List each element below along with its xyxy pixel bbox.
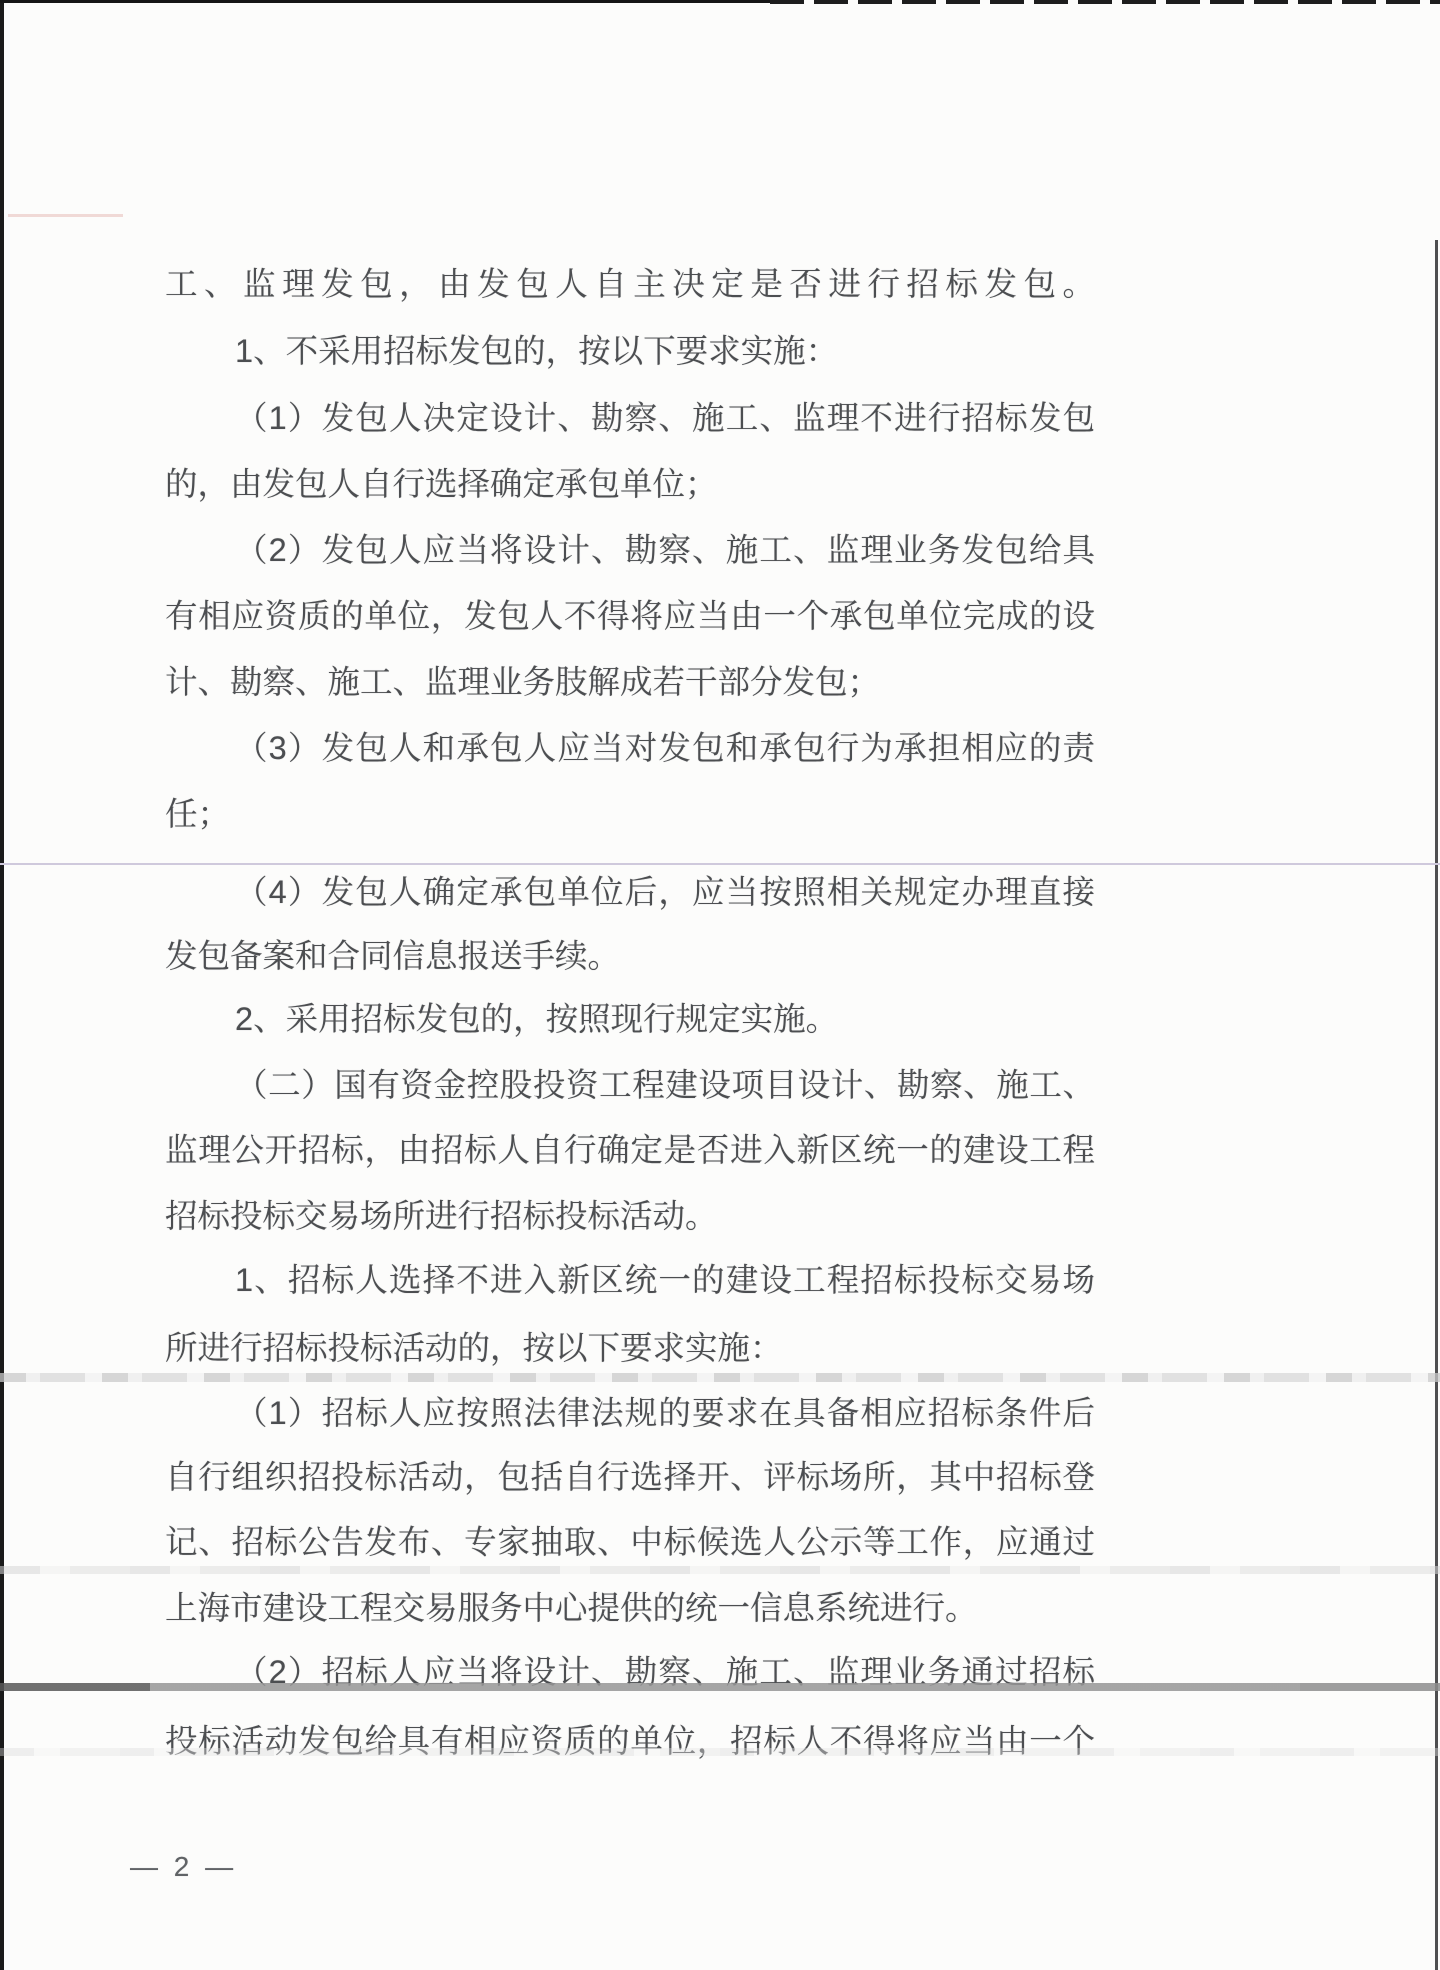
- scan-artifact-gray-band: [0, 1373, 1440, 1382]
- text-line: （3）发包人和承包人应当对发包和承包行为承担相应的责: [165, 729, 1095, 767]
- scan-edge-left: [0, 0, 4, 1970]
- scan-edge-top-dashes: [770, 0, 1440, 4]
- text-line: 记、招标公告发布、专家抽取、中标候选人公示等工作，应通过: [165, 1523, 1095, 1561]
- text-line: 招标投标交易场所进行招标投标活动。: [165, 1197, 1095, 1235]
- text-line: 有相应资质的单位，发包人不得将应当由一个承包单位完成的设: [165, 597, 1095, 635]
- text-line: 1、不采用招标发包的，按以下要求实施：: [165, 332, 1095, 370]
- text-line: （1）发包人决定设计、勘察、施工、监理不进行招标发包: [165, 399, 1095, 437]
- text-line: 自行组织招投标活动，包括自行选择开、评标场所，其中招标登: [165, 1458, 1095, 1496]
- text-line: 计、勘察、施工、监理业务肢解成若干部分发包；: [165, 663, 1095, 701]
- scan-edge-top: [0, 0, 770, 3]
- text-line: 2、采用招标发包的，按照现行规定实施。: [165, 1000, 1095, 1038]
- text-line: 上海市建设工程交易服务中心提供的统一信息系统进行。: [165, 1589, 1095, 1627]
- text-line: （4）发包人确定承包单位后，应当按照相关规定办理直接: [165, 873, 1095, 911]
- scan-artifact-light-band: [0, 1748, 1440, 1756]
- text-line: 1、招标人选择不进入新区统一的建设工程招标投标交易场: [165, 1261, 1095, 1299]
- text-line: 任；: [165, 795, 1095, 833]
- scanned-document-page: 工、监理发包，由发包人自主决定是否进行招标发包。1、不采用招标发包的，按以下要求…: [0, 0, 1440, 1970]
- text-line: 发包备案和合同信息报送手续。: [165, 937, 1095, 975]
- scan-edge-right: [1435, 240, 1438, 1970]
- scan-artifact-pink-line: [8, 214, 123, 217]
- text-line: （二）国有资金控股投资工程建设项目设计、勘察、施工、: [165, 1066, 1095, 1104]
- scan-artifact-lavender-line: [0, 863, 1440, 865]
- text-line: （2）发包人应当将设计、勘察、施工、监理业务发包给具: [165, 531, 1095, 569]
- text-line: 的，由发包人自行选择确定承包单位；: [165, 465, 1095, 503]
- scan-artifact-dark-line: [0, 1683, 1440, 1691]
- page-number: — 2 —: [130, 1851, 237, 1883]
- text-line: （1）招标人应按照法律法规的要求在具备相应招标条件后: [165, 1394, 1095, 1432]
- text-line: 工、监理发包，由发包人自主决定是否进行招标发包。: [165, 265, 1095, 303]
- text-line: 监理公开招标，由招标人自行确定是否进入新区统一的建设工程: [165, 1131, 1095, 1169]
- scan-artifact-faint-band: [0, 1566, 1440, 1574]
- text-line: 所进行招标投标活动的，按以下要求实施：: [165, 1329, 1095, 1367]
